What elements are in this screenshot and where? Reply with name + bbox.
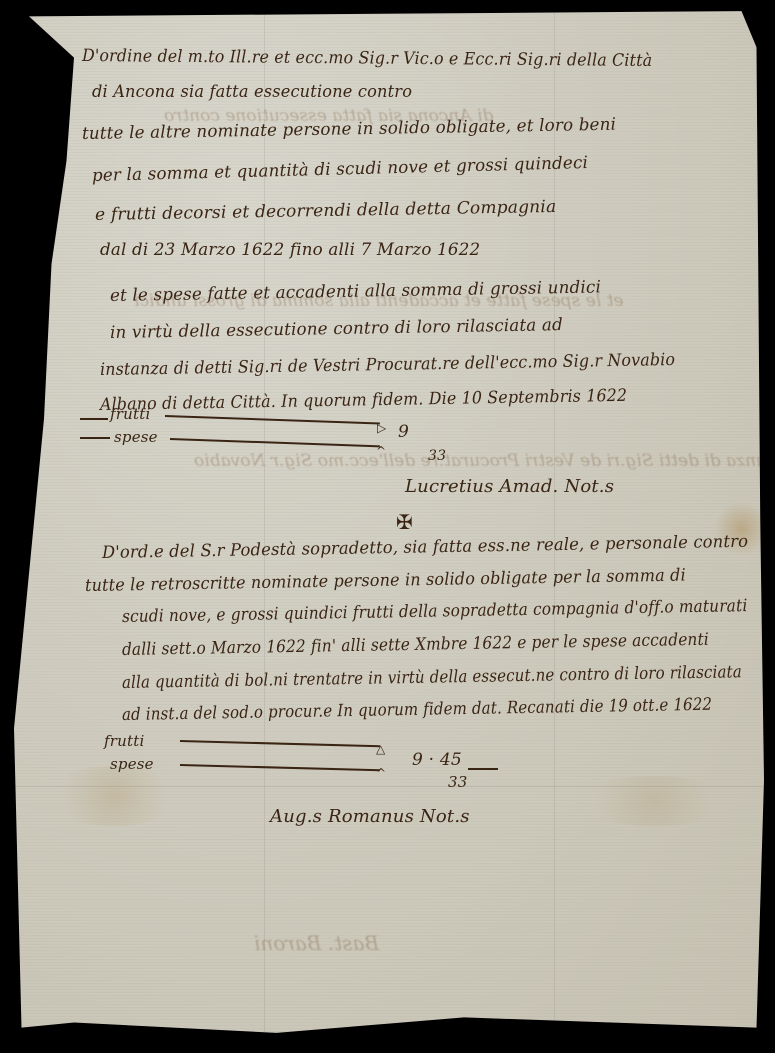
cross-separator-icon: ✠	[396, 510, 413, 534]
ledger-rule	[80, 418, 108, 420]
ledger-label-spese: spese	[114, 428, 158, 446]
ledger-label-spese: spese	[110, 755, 154, 773]
ledger-value-frutti: 9	[398, 422, 409, 442]
ledger-value-spese: 33	[448, 773, 468, 791]
water-stain	[44, 766, 184, 826]
arrow-icon: △	[376, 742, 385, 756]
entry-2-signature: Aug.s Romanus Not.s	[270, 806, 470, 827]
entry-1-line: dal di 23 Marzo 1622 fino alli 7 Marzo 1…	[100, 240, 480, 260]
arrow-icon: ^	[376, 444, 386, 458]
bleed-through-text: Bast. Baroni	[254, 931, 379, 955]
ledger-value-frutti: 9 · 45	[412, 750, 462, 770]
ledger-rule	[468, 768, 498, 770]
arrow-icon: ▷	[377, 421, 386, 435]
ledger-value-spese: 33	[428, 448, 446, 464]
entry-1-signature: Lucretius Amad. Not.s	[405, 476, 614, 497]
water-stain	[574, 776, 734, 826]
ledger-label-frutti: frutti	[110, 405, 150, 423]
arrow-icon: ^	[376, 766, 386, 780]
bleed-through-text: instanza di detti Sig.ri de Vestri Procu…	[194, 451, 775, 471]
ledger-label-frutti: frutti	[104, 732, 144, 750]
ledger-rule	[80, 437, 110, 439]
entry-1-line: di Ancona sia fatta essecutione contro	[92, 82, 412, 102]
